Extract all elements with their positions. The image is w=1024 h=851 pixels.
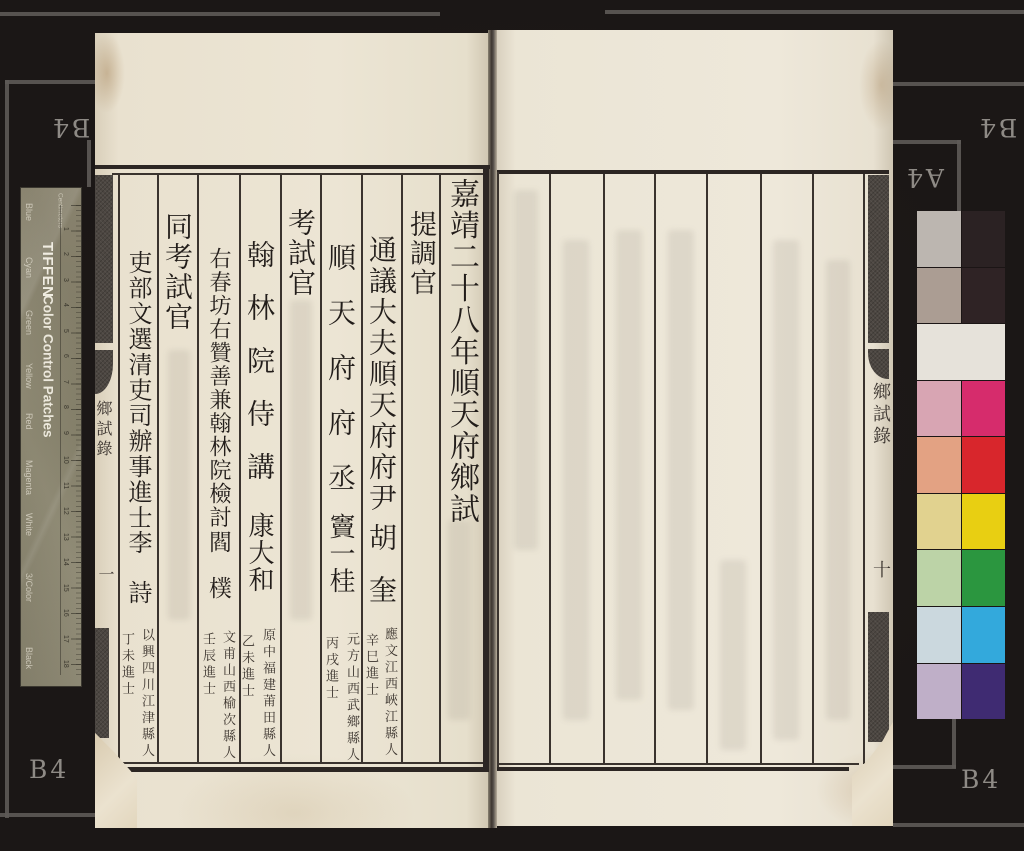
patch-label-red: Red	[24, 413, 33, 430]
official-degree-note: 壬辰進士	[201, 632, 214, 698]
ruler-number: 6	[62, 354, 69, 358]
official-origin-note: 原中福建莆田縣人	[261, 628, 274, 760]
left-frame-bottom-inner	[112, 762, 483, 764]
official-origin-note: 文甫山西榆次縣人	[221, 630, 234, 762]
bleed-through-ghost	[563, 240, 589, 720]
official-name: 胡 奎	[367, 523, 395, 601]
size-label-top-left: B4	[50, 115, 90, 140]
patch-cyan	[962, 607, 1006, 663]
bleed-through-ghost	[448, 520, 470, 720]
guide-line-top-right	[605, 10, 1024, 14]
column-divider	[157, 173, 159, 763]
patch-row	[917, 494, 1005, 551]
centimeter-ruler: 1 2 3 4 5 6 7 8 9 10 11 12 13 14 15 16 1…	[60, 205, 81, 675]
patch-row	[917, 381, 1005, 438]
bleed-through-ghost	[168, 350, 190, 620]
heading-supervisor: 提調官	[407, 210, 434, 297]
column-divider	[197, 173, 199, 763]
size-label-a4: A4	[904, 165, 944, 190]
left-frame-bottom	[112, 767, 489, 772]
right-frame-top	[497, 170, 889, 174]
patch-row	[917, 607, 1005, 664]
patch-row	[917, 268, 1005, 325]
guide-line-a4-top	[893, 140, 961, 144]
official-name: 閻 樸	[206, 530, 229, 599]
size-label-top-right: B4	[977, 115, 1017, 140]
official-origin-note: 元方山西武鄉縣人	[345, 632, 358, 764]
patch-green	[962, 550, 1006, 606]
patch-dark-gray	[962, 211, 1006, 267]
official-name: 李 詩	[126, 530, 150, 605]
guide-line-left-short	[87, 140, 91, 187]
patch-label-green: Green	[24, 310, 33, 335]
right-margin-page-number: 十	[871, 560, 889, 578]
patch-row	[917, 550, 1005, 607]
patch-label-magenta: Magenta	[24, 460, 33, 495]
color-patch-strip	[917, 211, 1005, 719]
ruler-number: 3	[62, 278, 69, 282]
patch-label-blue: Blue	[24, 203, 33, 221]
ruler-number: 2	[62, 252, 69, 256]
patch-taupe	[917, 268, 962, 324]
ruler-number: 17	[62, 635, 69, 643]
patch-red	[962, 437, 1006, 493]
heading-examiner: 考試官	[286, 208, 314, 298]
right-frame-bottom	[497, 767, 849, 771]
guide-line-left-rect-top	[5, 80, 95, 84]
left-frame-top-inner	[112, 173, 483, 175]
ruler-number: 10	[62, 456, 69, 464]
size-label-bottom-right: B4	[961, 767, 1001, 792]
guide-line-a4-side	[957, 140, 961, 211]
column-divider	[280, 173, 282, 763]
patch-black	[962, 268, 1006, 324]
patch-blue	[962, 664, 1006, 720]
column-divider	[706, 174, 708, 764]
left-margin-title: 鄉試錄	[95, 400, 111, 460]
official-title: 順天府府丞	[326, 243, 354, 518]
card-title: Color Control Patches	[41, 295, 55, 438]
ruler-number: 13	[62, 533, 69, 541]
ruler-number: 7	[62, 380, 69, 384]
official-title: 通議大夫順天府府尹	[367, 235, 395, 514]
bleed-through-ghost	[668, 230, 694, 710]
patch-label-yellow: Yellow	[24, 363, 33, 389]
guide-line-left-rect-side	[5, 80, 9, 818]
official-title: 右春坊右贊善兼翰林院檢討	[207, 247, 229, 529]
left-margin-page-number: 一	[97, 566, 113, 582]
guide-line-a4-bottom	[893, 765, 956, 769]
column-divider	[603, 174, 605, 764]
ruler-number: 4	[62, 303, 69, 307]
tiffen-logo: TIFFEN	[40, 242, 55, 298]
patch-row	[917, 437, 1005, 494]
bleed-through-ghost	[290, 300, 312, 620]
ruler-number: 14	[62, 558, 69, 566]
official-degree-note: 丁未進士	[120, 632, 133, 698]
right-fold-margin-lower	[868, 612, 889, 742]
guide-line-left-bottom	[0, 813, 95, 817]
right-margin-title: 鄉試錄	[871, 382, 889, 448]
bleed-through-ghost	[616, 230, 642, 700]
left-frame-right	[483, 165, 489, 772]
bleed-through-ghost	[514, 190, 538, 550]
column-divider	[812, 174, 814, 764]
patch-row	[917, 324, 1005, 381]
left-fold-margin-lower	[95, 628, 109, 738]
ruler-number: 8	[62, 405, 69, 409]
guide-line-right-top	[893, 82, 1024, 86]
official-title: 翰林院侍講	[245, 240, 273, 505]
patch-light-green	[917, 550, 962, 606]
official-title: 吏部文選清吏司辦事進士	[126, 250, 150, 531]
right-frame-left	[497, 172, 499, 768]
left-fold-margin-upper	[95, 175, 113, 343]
bleed-through-ghost	[720, 560, 746, 750]
ruler-number: 16	[62, 609, 69, 617]
patch-row	[917, 211, 1005, 268]
column-divider	[654, 174, 656, 764]
patch-row	[917, 664, 1005, 720]
official-name: 竇一桂	[327, 513, 353, 594]
tiffen-color-control-card: Centimeters TIFFEN Color Control Patches…	[20, 187, 82, 687]
patch-white	[917, 324, 1005, 380]
column-divider	[549, 174, 551, 764]
ruler-number: 9	[62, 431, 69, 435]
patch-light-red	[917, 437, 962, 493]
patch-light-gray	[917, 211, 962, 267]
official-degree-note: 辛巳進士	[364, 633, 377, 699]
patch-label-black: Black	[24, 647, 33, 669]
patch-light-magenta	[917, 381, 962, 437]
official-degree-note: 乙未進士	[240, 634, 253, 700]
column-divider	[401, 173, 403, 763]
guide-line-top-left	[0, 12, 440, 16]
patch-light-blue	[917, 664, 962, 720]
book-title-column: 嘉靖二十八年順天府鄉試	[446, 178, 476, 525]
ruler-number: 11	[62, 482, 69, 489]
patch-label-cyan: Cyan	[24, 257, 33, 278]
patch-magenta	[962, 381, 1006, 437]
official-origin-note: 應文江西峽江縣人	[383, 627, 396, 759]
left-frame-top	[95, 165, 490, 169]
ruler-number: 12	[62, 507, 69, 515]
official-degree-note: 丙戌進士	[324, 636, 337, 702]
ruler-number: 18	[62, 660, 69, 668]
patch-label-white: White	[24, 513, 33, 536]
right-frame-bottom-inner	[499, 763, 859, 765]
patch-light-cyan	[917, 607, 962, 663]
book-gutter	[488, 30, 497, 828]
column-divider	[760, 174, 762, 764]
scan-stage: B4 B4 A4 B4 B4 Centimeters TIFFEN Color …	[0, 0, 1024, 851]
right-fold-margin-upper	[868, 175, 889, 343]
patch-label-3color: 3/Color	[24, 573, 33, 602]
patch-light-yellow	[917, 494, 962, 550]
ruler-number: 1	[62, 227, 69, 231]
column-divider	[439, 173, 441, 763]
bleed-through-ghost	[773, 240, 799, 740]
heading-associate-examiner: 同考試官	[163, 212, 191, 332]
official-origin-note: 以興四川江津縣人	[140, 628, 153, 760]
column-divider	[863, 174, 865, 764]
column-divider	[320, 173, 322, 763]
ruler-number: 15	[62, 584, 69, 592]
official-name: 康大和	[246, 512, 272, 593]
guide-line-right-bottom	[893, 823, 1024, 827]
bleed-through-ghost	[826, 260, 850, 720]
patch-yellow	[962, 494, 1006, 550]
ruler-number: 5	[62, 329, 69, 333]
size-label-bottom-left: B4	[29, 757, 69, 782]
guide-line-a4-bottom-side	[952, 718, 956, 768]
